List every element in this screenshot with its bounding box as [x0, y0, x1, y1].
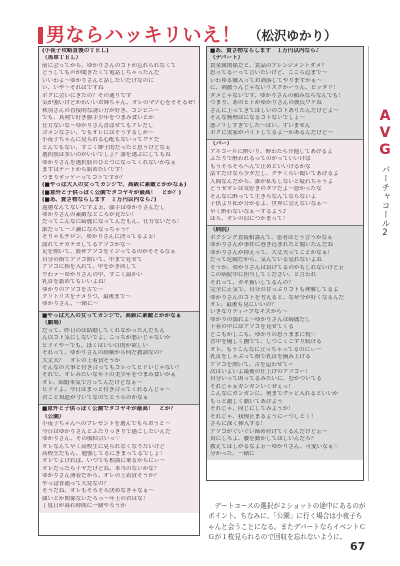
dialogue-line: こんなにガンガンに、奥までグッと入れるといいか — [210, 391, 360, 398]
title-accent-bar — [38, 27, 43, 44]
dialogue-line: ボクシング直接相談んて、患者はどう言うかなぁ — [210, 235, 360, 242]
dialogue-line: それで、オレみたいな年下の美少年をつまみ食いかぁ — [42, 372, 196, 379]
dialogue-line: ゆかりさんの素敵なところが見たい！ — [42, 212, 196, 219]
dialogue-line: 子供より私が分かるよ、世界に会えないなぁ〜 — [210, 201, 360, 208]
dialogue-line: 人間なんだから、誰が私もしないと疲れちゃうよ — [210, 179, 360, 186]
side-label: AVG バーチャコール2 — [375, 108, 395, 239]
dialogue-line: どうしても声が聞きたくて電話しちゃったんだ — [42, 70, 196, 77]
section-heading: （デパート） — [210, 55, 360, 62]
section-heading: ■あ、貴さ物ならします １万円以内なら♪ — [210, 48, 360, 55]
dialogue-line: アソコに指を入れて、中をかき回して — [42, 264, 196, 271]
dialogue-line: ボクに実家がバイトしてるよ一かあるんだけど〜 — [210, 130, 360, 137]
section-heading: （病院） — [210, 227, 360, 234]
dialogue-line: そんなに酔ってて生きらなんてならないよ — [210, 194, 360, 201]
dialogue-line: この病院中に担当してください、と言われ — [210, 272, 360, 279]
dialogue-line: オレ、最後も見にいいの？ — [210, 302, 360, 309]
dialogue-line: ゆかりのアソコを舌で〜 — [42, 287, 196, 294]
section-heading: （馬車ＴＥＬ） — [42, 55, 196, 62]
page-title: 男ならハッキリいえ！ （松沢ゆかり） — [38, 24, 337, 46]
dialogue-line: アソコを開いて、舌を這わせてー — [210, 362, 360, 369]
dialogue-box-left: (小夜子攻略直後のＴＥＬ)（馬車ＴＥＬ）前に会ってから、ゆかりさんのコトが忘れら… — [38, 46, 200, 536]
dialogue-line: い、いや〜それはですね — [42, 85, 196, 92]
dialogue-line: オレ、もうこんなに立っちゃってるのにぃ〜 — [210, 347, 360, 354]
dialogue-line: 丁度日が暮れ時間に一緒やろうか — [42, 503, 196, 510]
dialogue-line: ゆかりさんのコトを考えると、なぜ今が好くなるんだ — [210, 295, 360, 302]
dialogue-line: そうか、ゆかりさんは負けてるのかもしれないけどぉ — [210, 265, 360, 272]
dialogue-line: そんな無理はになるコトないでしょ〜 — [210, 115, 360, 122]
game-title-label: バーチャコール2 — [380, 165, 390, 239]
dialogue-line: 自分いって困ってるみたいに、むかついてる — [210, 376, 360, 383]
dialogue-line: 濡れてテカテカしてるアソコかな〜 — [42, 242, 196, 249]
dialogue-line: 誰だって一ノ瀬にならなっちゃう？ — [42, 227, 196, 234]
dialogue-line: 話すだけなら少ダだし、グチくらい聞いてあげるよ — [210, 171, 360, 178]
dialogue-line: オレでよければ、いつでも相談に乗るからにぃ〜 — [42, 458, 196, 465]
dialogue-line: いわゆる購入ってお洒落してやりますかぁ〜 — [210, 78, 360, 85]
dialogue-line: 選択肢は多いのがいいでしょ？誰を選ぶにしてもね — [42, 152, 196, 159]
dialogue-line: 気が強いけどかわいいお姉ちゃん、オレのマゾ心をそそるぜ！ — [42, 100, 196, 107]
dialogue-line: 大丈夫？ オレの上着貸そうか — [42, 358, 196, 365]
section-heading: ■意外と子供っぽく公園でタコヤキが最高！ とか？ — [42, 406, 196, 413]
dialogue-line: もっと激しく動いてあげよう — [210, 399, 360, 406]
dialogue-line: ゆかりの濡れよ〜ゆかりさんは綺麗だし — [210, 317, 360, 324]
dialogue-line: 乳首を舐めてもいいよね！ — [42, 279, 196, 286]
dialogue-line: だって危険だから、気んでいる見れないよね — [210, 257, 360, 264]
dialogue-line: ゆかりさん、その服似合いっ♡ — [42, 436, 196, 443]
dialogue-line: 足を開いて、股ぜアソコをイジってるのがそそるなぁ — [42, 249, 196, 256]
dialogue-line: 教えてほしがるなよぉ〜ゆかりさん、可愛いなぁ♡ — [210, 444, 360, 451]
section-heading: (■やっぱ大人の女ってカンジで、高級に素敵とかかなぁ) — [42, 182, 196, 189]
dialogue-line: ん以コト気にしないでよ、こっちが悪いじゃないか — [42, 335, 196, 342]
dialogue-line: つまりオッケーってコトですか？ — [42, 175, 196, 182]
section-heading: （バー） — [210, 141, 360, 148]
section-heading: (■意外と子供っぽく公園でタコヤキが最高！ とか？) — [42, 190, 196, 197]
dialogue-section: (小夜子攻略直後のＴＥＬ)（馬車ＴＥＬ）前に会ってから、ゆかりさんのコトが忘れら… — [39, 47, 199, 312]
dialogue-line: ふたりで酔われるってのがっていいけば — [210, 156, 360, 163]
dialogue-line: もうそろそろへんで止めといいけるかな — [210, 164, 360, 171]
dialogue-line: ボクに会いにきたの？その通りです — [42, 93, 196, 100]
section-heading: (小夜子攻略直後のＴＥＬ) — [42, 48, 196, 55]
dialogue-section: （バー）アルコールに酔いり、酔わたら介抱してあげるよふたりで酔われるってのがって… — [207, 140, 363, 226]
dialogue-line: 悪ノリしすぎでした〜はい、すいません — [210, 123, 360, 130]
title-main: 男ならハッキリいえ！ — [46, 24, 241, 46]
dialogue-line: 背中を優しく撫でて、しつこくこすり続ける — [210, 339, 360, 346]
dialogue-line: 次はいよいよ最後の仕上げのアソコー！ — [210, 369, 360, 376]
dialogue-line: 高校生だもん、勉強してるにきまってるでしょ！ — [42, 451, 196, 458]
dialogue-line: それって、ゆかりさんの経験から何だ教訓なの？ — [42, 350, 196, 357]
dialogue-line: ゆかりさんが抑えって、大丈夫ってことかなぁ！ — [210, 250, 360, 257]
dialogue-line: 乳首をしゃぶって指で乳首を摘み上げる — [210, 354, 360, 361]
dialogue-line: それじゃ、我慢止まるようにーつしとく！ — [210, 414, 360, 421]
dialogue-line: アルコールに酔いり、酔わたら介抱してあげるよ — [210, 149, 360, 156]
dialogue-line: 自分の指でアソコ開いて、中まで見せて — [42, 257, 196, 264]
dialogue-line: どこもかしこも、ゆかりの思うままに悦♡ — [210, 332, 360, 339]
section-heading: （公園） — [42, 414, 196, 421]
dialogue-line: それって、ガキ扱いしてるんの？ — [210, 280, 360, 287]
dialogue-section: ■意外と子供っぽく公園でタコヤキが最高！ とか？（公園）小夜子ちゃんへのプレゼン… — [39, 405, 199, 512]
dialogue-line: ヒドイよ、今日はまっと付き合ってくれるんじゃ〜 — [42, 387, 196, 394]
dialogue-line: ほら、オレの肩につかまって！ — [210, 216, 360, 223]
dialogue-line: ヒドイや〜でも、ぼくはいい目的が欲しい — [42, 343, 196, 350]
dialogue-line: ゆかりさんが事件に巻き込まれたと聞いたんだね — [210, 242, 360, 249]
dialogue-line: でも、真剣で好き勝手少年をつまみ食いとか — [42, 115, 196, 122]
dialogue-line: だってこんなに綺麗になってんだもん、仕方ないだろ！ — [42, 219, 196, 226]
dialogue-line: に、刺激うんじゃないリスクかーうん、ピッタリ！ — [210, 85, 360, 92]
dialogue-line: 早く酔わないなぁ〜するよう♪ — [210, 209, 360, 216]
section-heading: ■やっぱ大人の女ってカンジで、高級に素敵とかかなぁ — [42, 313, 196, 320]
dialogue-line: ゴメンなさい、でもオレにはそうするしか〜 — [42, 130, 196, 137]
dialogue-line: とんでもない、すごく紳士的だったと思うけどなぁ — [42, 145, 196, 152]
dialogue-line: 小夜子ちゃんに見られる心配もないってワケだ — [42, 137, 196, 144]
dialogue-line: アソコがぐいぐい締め付けてくるんだけどぉ〜 — [210, 429, 360, 436]
dialogue-line: そうだね、オレもそろそろ決めなきゃなぁ〜 — [42, 488, 196, 495]
dialogue-line: やっぱ普通って大変なの？ — [42, 481, 196, 488]
side-divider — [368, 46, 369, 481]
dialogue-line: オレ、結婚本気で言ってんだけどなぁ〜 — [42, 380, 196, 387]
dialogue-line: 貴金属関係だと、貴品のアレンジメントダメ？ — [210, 63, 360, 70]
caption-paragraph: デートコースの選択が２ショットの途中にあるのがポイント。ちなみに、「公園」に行く… — [208, 501, 368, 543]
dialogue-line: どうせオレは女好きのタツだよ〜悪かったな — [210, 186, 360, 193]
dialogue-line: いきなりディープなキスから〜 — [210, 309, 360, 316]
section-heading: (■あ、貴さ物ならします １万円以内なら♪) — [42, 197, 196, 204]
dialogue-line: 仕方ないな〜ゆかりさん喜ばせてもアレだし — [42, 123, 196, 130]
dialogue-line: ダメじゃないです、ゆかりさんの頼みならなんでも！ — [210, 93, 360, 100]
dialogue-line: 秋羽さんの直接的な誘い方が好き、コンビニ〜 — [42, 108, 196, 115]
page-number: 67 — [350, 540, 365, 553]
dialogue-section: ■やっぱ大人の女ってカンジで、高級に素敵とかかなぁ（劇場）だって、昨日のは結婚し… — [39, 312, 199, 405]
dialogue-line: ウわァ〜ゆかりさんの中、すごく温かい — [42, 272, 196, 279]
dialogue-line: クリトリスをナメりつ、最後まで〜 — [42, 294, 196, 301]
dialogue-line: いいわよ〜ゆかりさんと話したいだけなのに — [42, 78, 196, 85]
dialogue-line: まずはデートから始めたいです！ — [42, 167, 196, 174]
dialogue-line: つまり、あのヒトがゆかりさんの彼氏ワケね — [210, 100, 360, 107]
dialogue-line: ゆかりさん、一緒に〜 — [42, 301, 196, 308]
dialogue-line: そりゃもチロン、ゆかりさんに決ってるよぉ！ — [42, 234, 196, 241]
dialogue-line: 今日はゆかりさんとふたりっきりで過ごしたいんだ — [42, 429, 196, 436]
dialogue-line: 遠慮なんてないですよぉ、顔手はゆかりさんだし — [42, 205, 196, 212]
dialogue-line: 完全に正気で、自分の甘っぷりコトも理解してるよ — [210, 287, 360, 294]
dialogue-line: そんなの大事と付き合ってもコレってヒドいじゃない？ — [42, 365, 196, 372]
dialogue-line: 君こと知道が寸いてなのでとうらのかなぁ — [42, 395, 196, 402]
dialogue-line: 小夜子ちゃんへのプレゼントを選んでもらおうと〜 — [42, 421, 196, 428]
dialogue-line: それじゃぁガンガンいくぜぇっ！ — [210, 384, 360, 391]
dialogue-line: だって、昨日のは結婚してくれなかったんだもん — [42, 328, 196, 335]
dialogue-line: 思ってるーって言いたいけど、ここら辺まで〜 — [210, 70, 360, 77]
dialogue-line: ゆかりさん薄着だから、オレの上着貸そうか？ — [42, 473, 196, 480]
dialogue-line: それじゃ、同じにしてみようか！ — [210, 406, 360, 413]
dialogue-line: オレなんて早く高校生に見られなくなりたいけど — [42, 444, 196, 451]
title-character: （松沢ゆかり） — [249, 26, 337, 46]
dialogue-section: ■あ、貴さ物ならします １万円以内なら♪（デパート）貴金属関係だと、貴品のアレン… — [207, 47, 363, 140]
dialogue-line: 分かった、一緒に — [210, 451, 360, 458]
genre-label: AVG — [377, 108, 393, 159]
dialogue-line: 前に会ってから、ゆかりさんのコトが忘れられなくて — [42, 63, 196, 70]
dialogue-line: さらに深く挿入する！ — [210, 421, 360, 428]
dialogue-box-right: ■あ、貴さ物ならします １万円以内なら♪（デパート）貴金属関係だと、貴品のアレン… — [206, 46, 364, 481]
section-heading: （劇場） — [42, 320, 196, 327]
dialogue-line: 顔いとか関係ないだろっ〜年上の君はな！ — [42, 496, 196, 503]
dialogue-line: ゆかりさんを選択肢のひとつになってくれないかなぁ — [42, 160, 196, 167]
dialogue-line: さんに上ってきてほしいのコトありたんだけどよ〜 — [210, 108, 360, 115]
dialogue-line: オレだったらイヤだけどね、本当のないかな？ — [42, 466, 196, 473]
dialogue-line: 真にしろよ、腰を動かしてほしいんだろ？ — [210, 436, 360, 443]
dialogue-section: （病院）ボクシング直接相談んて、患者はどう言うかなぁゆかりさんが事件に巻き込まれ… — [207, 226, 363, 460]
dialogue-line: 下着の中にはアソコを見せてくる — [210, 324, 360, 331]
